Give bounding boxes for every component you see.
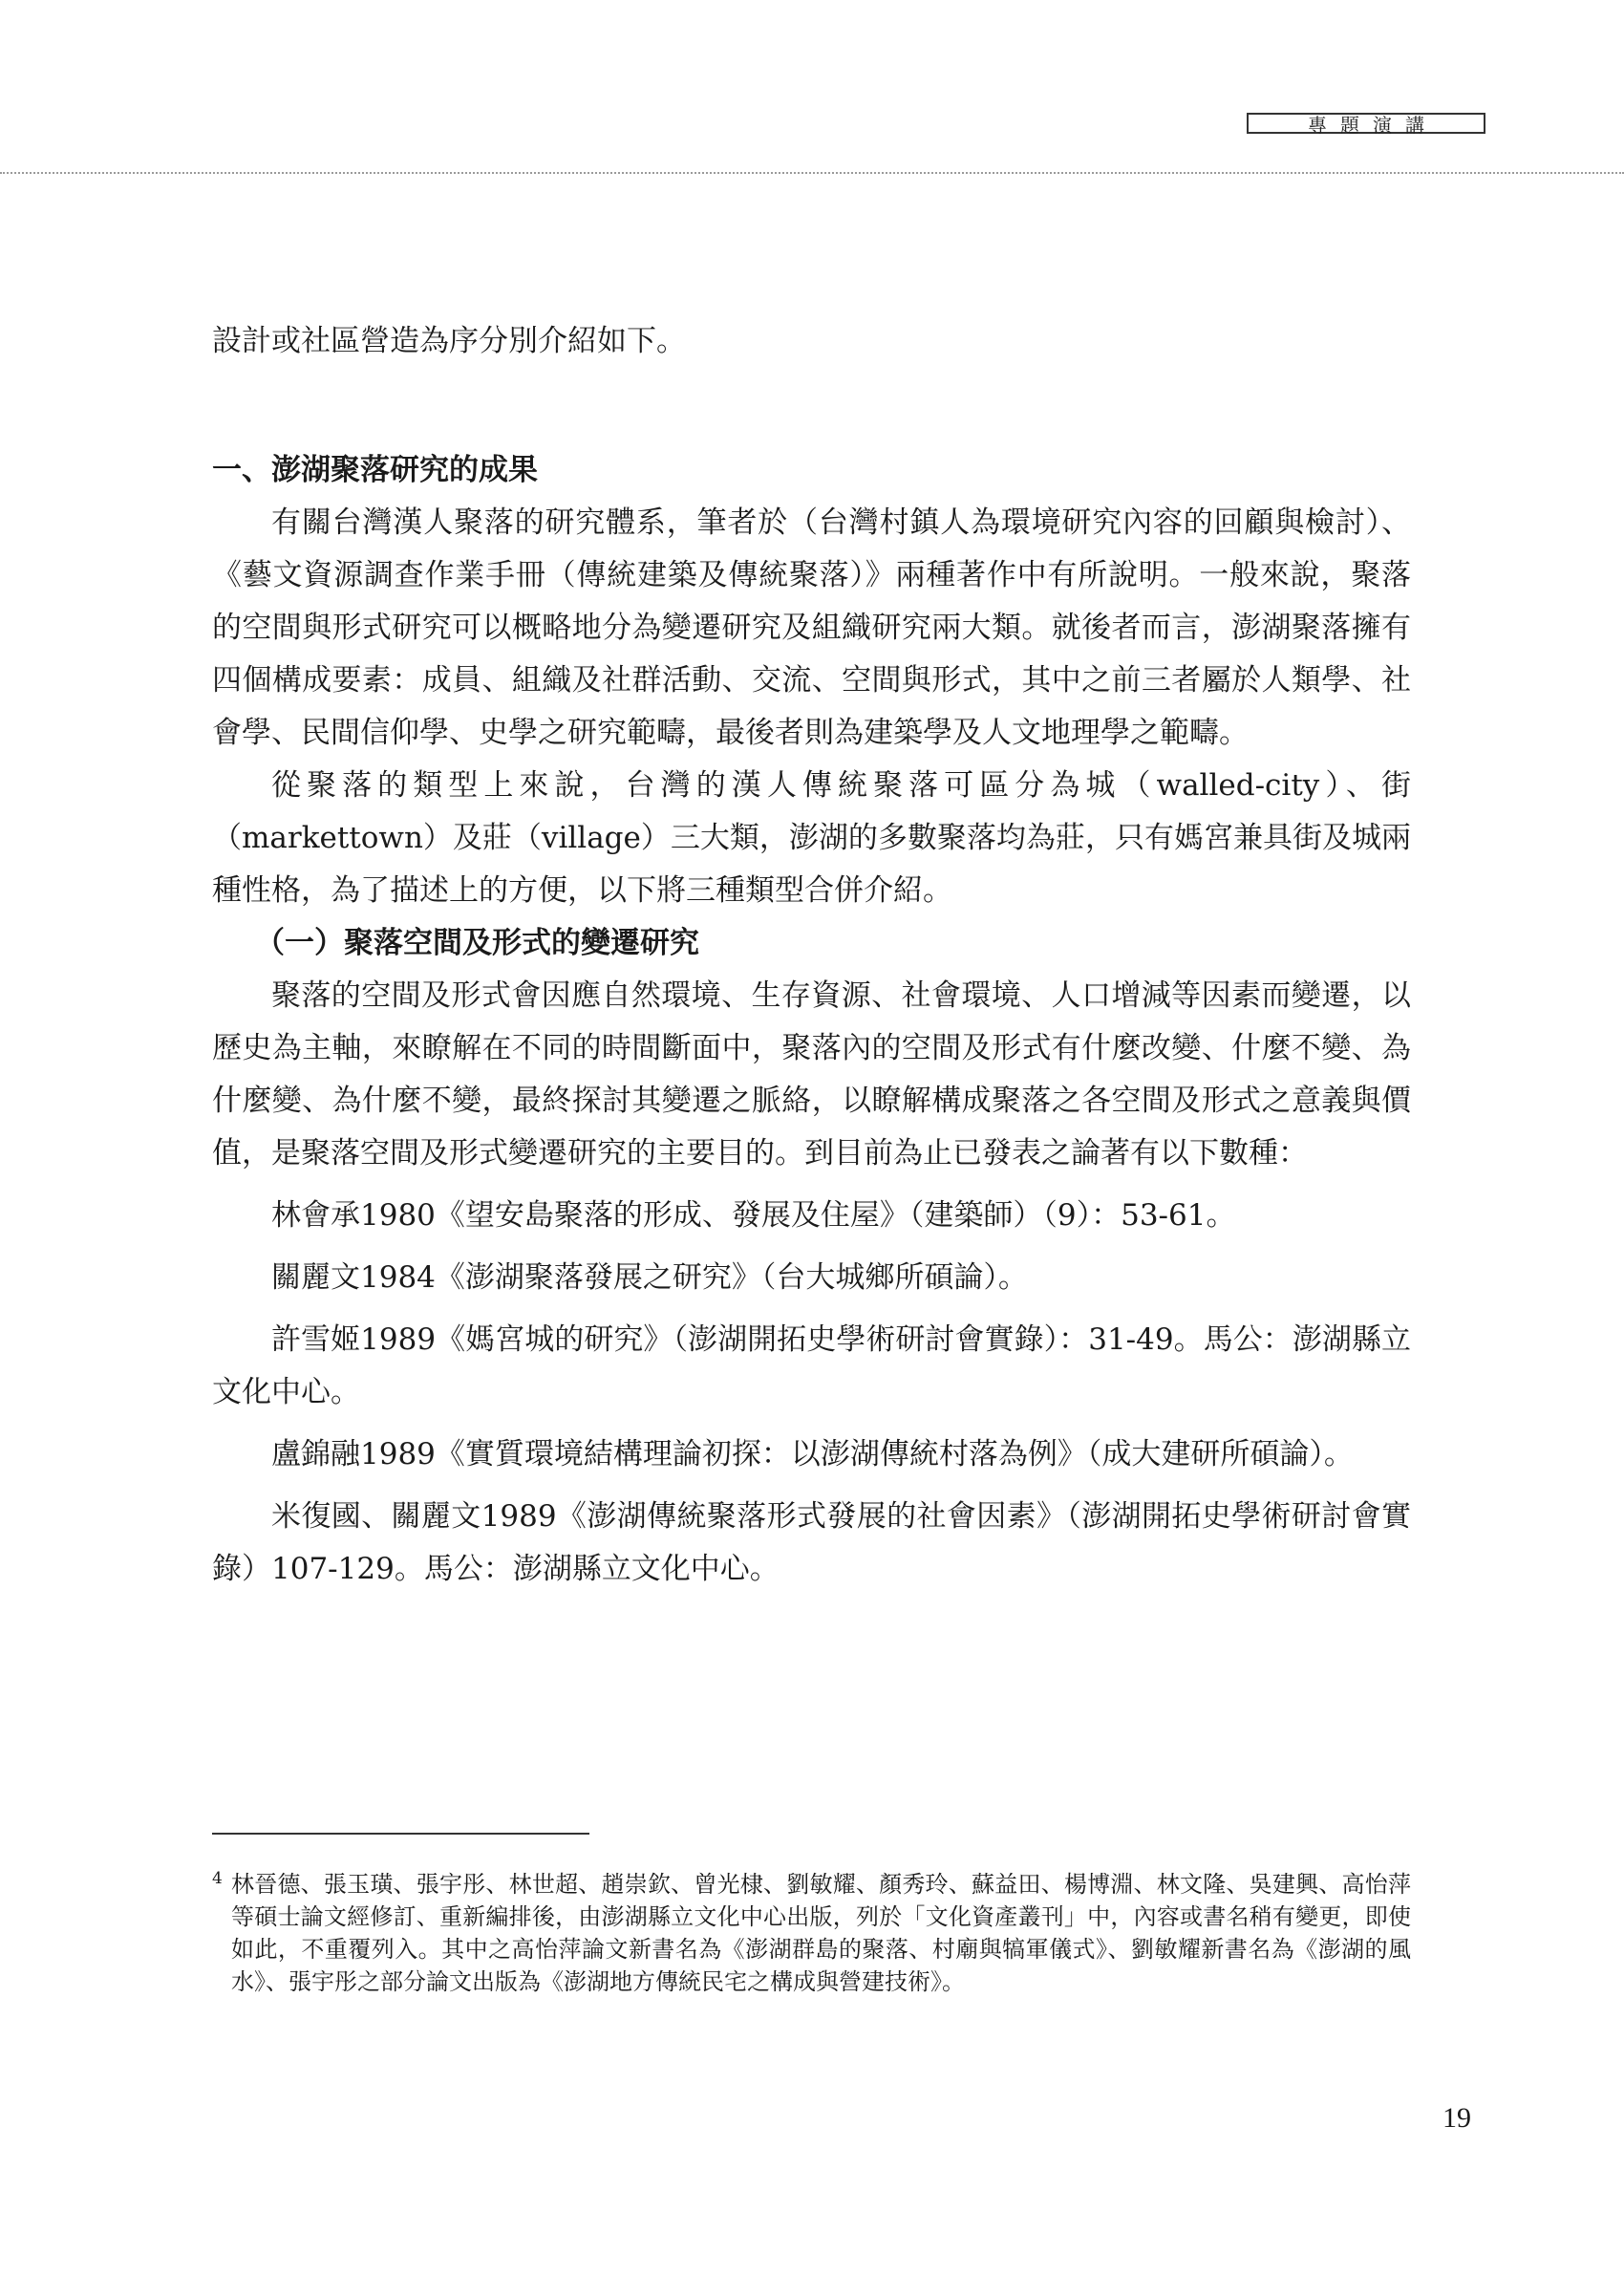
footnote-text: 林晉德、張玉璜、張宇彤、林世超、趙崇欽、曾光棣、劉敏耀、顏秀玲、蘇益田、楊博淵、…	[231, 1868, 1411, 1998]
body-paragraph-1: 有關台灣漢人聚落的研究體系，筆者於（台灣村鎮人為環境研究內容的回顧與檢討）、《藝…	[212, 497, 1411, 760]
running-header-section-label: 專題演講	[1247, 113, 1485, 134]
reference-item: 米復國、關麗文1989《澎湖傳統聚落形式發展的社會因素》（澎湖開拓史學術研討會實…	[212, 1491, 1411, 1596]
page-number: 19	[1442, 2102, 1471, 2135]
lead-line: 設計或社區營造為序分別介紹如下。	[212, 315, 1411, 368]
main-content: 設計或社區營造為序分別介紹如下。 一、澎湖聚落研究的成果 有關台灣漢人聚落的研究…	[212, 315, 1411, 1596]
footnote-number: 4	[212, 1862, 223, 1895]
subsection-heading: （一）聚落空間及形式的變遷研究	[212, 917, 1411, 970]
reference-item: 盧錦融1989《實質環境結構理論初探：以澎湖傳統村落為例》（成大建研所碩論）。	[212, 1428, 1411, 1481]
body-paragraph-2: 從聚落的類型上來說，台灣的漢人傳統聚落可區分為城（walled-city）、街（…	[212, 760, 1411, 917]
footnote-rule	[212, 1833, 589, 1835]
header-dotted-divider	[0, 172, 1624, 174]
reference-item: 林會承1980《望安島聚落的形成、發展及住屋》（建築師）（9）：53-61。	[212, 1190, 1411, 1242]
subsection-paragraph: 聚落的空間及形式會因應自然環境、生存資源、社會環境、人口增減等因素而變遷，以歷史…	[212, 970, 1411, 1180]
section-heading: 一、澎湖聚落研究的成果	[212, 444, 1411, 497]
reference-item: 許雪姬1989《媽宮城的研究》（澎湖開拓史學術研討會實錄）：31-49。馬公：澎…	[212, 1314, 1411, 1419]
reference-item: 關麗文1984《澎湖聚落發展之研究》（台大城鄉所碩論）。	[212, 1252, 1411, 1304]
footnote: 4 林晉德、張玉璜、張宇彤、林世超、趙崇欽、曾光棣、劉敏耀、顏秀玲、蘇益田、楊博…	[212, 1868, 1411, 1998]
